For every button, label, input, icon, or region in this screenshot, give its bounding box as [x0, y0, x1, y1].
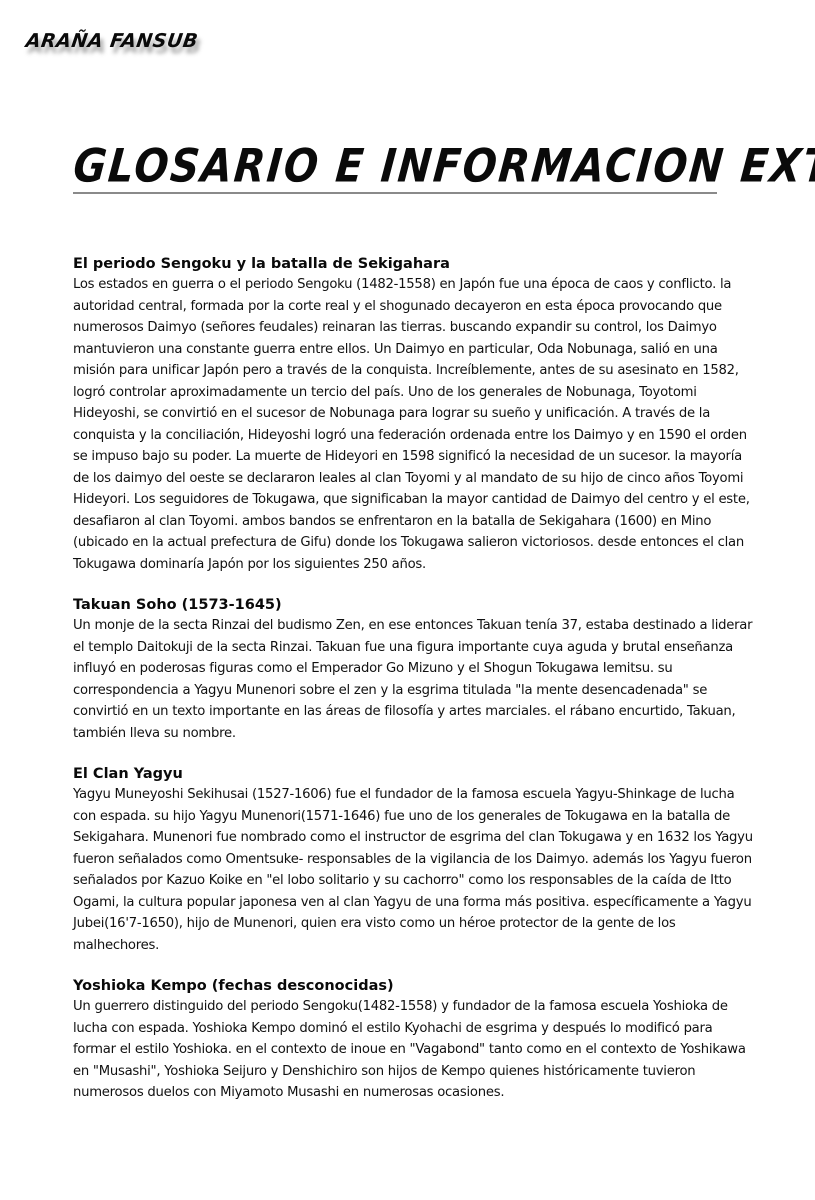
glossary-section-sengoku: El periodo Sengoku y la batalla de Sekig… [73, 254, 753, 575]
page-title: GLOSARIO E INFORMACION EXTRA [71, 140, 815, 193]
glossary-content: El periodo Sengoku y la batalla de Sekig… [73, 254, 753, 1124]
section-title: Yoshioka Kempo (fechas desconocidas) [73, 976, 753, 996]
section-title: Takuan Soho (1573-1645) [73, 595, 753, 615]
scanlator-logo: ARAÑA FANSUB [24, 30, 199, 52]
section-title: El Clan Yagyu [73, 764, 753, 784]
section-body: Yagyu Muneyoshi Sekihusai (1527-1606) fu… [73, 784, 753, 956]
section-body: Un monje de la secta Rinzai del budismo … [73, 615, 753, 744]
glossary-section-yagyu: El Clan Yagyu Yagyu Muneyoshi Sekihusai … [73, 764, 753, 956]
section-body: Un guerrero distinguido del periodo Seng… [73, 996, 753, 1104]
glossary-section-takuan: Takuan Soho (1573-1645) Un monje de la s… [73, 595, 753, 744]
glossary-section-yoshioka: Yoshioka Kempo (fechas desconocidas) Un … [73, 976, 753, 1104]
section-title: El periodo Sengoku y la batalla de Sekig… [73, 254, 753, 274]
section-body: Los estados en guerra o el periodo Sengo… [73, 274, 753, 575]
title-divider [73, 192, 717, 194]
